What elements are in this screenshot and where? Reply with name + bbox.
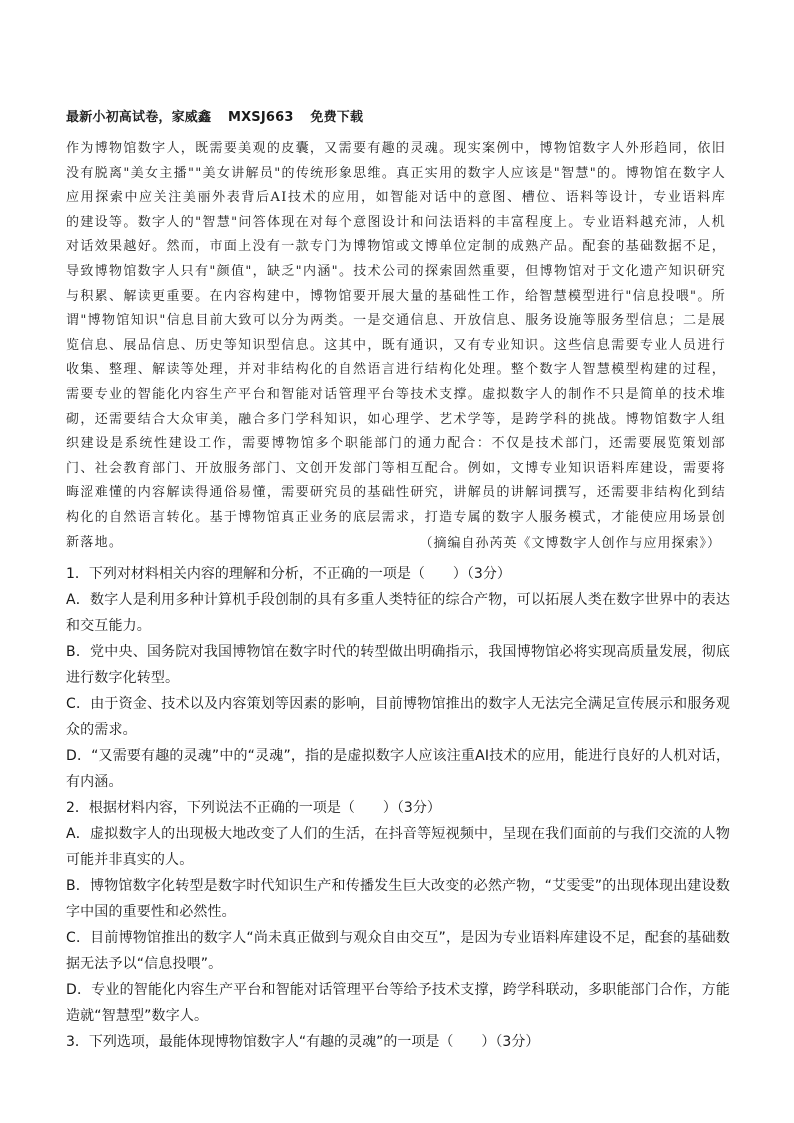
header-left-text: 最新小初高试卷，家威鑫 — [66, 110, 211, 125]
passage-citation: （摘编自孙芮英《文博数字人创作与应用探索》） — [66, 534, 721, 554]
reading-passage: 作为博物馆数字人，既需要美观的皮囊，又需要有趣的灵魂。现实案例中，博物馆数字人外… — [66, 137, 726, 555]
option-a: A．虚拟数字人的出现极大地改变了人们的生活，在抖音等短视频中，呈现在我们面前的与… — [66, 821, 730, 873]
option-d: D．专业的智能化内容生产平台和智能对话管理平台等给予技术支撑，跨学科联动，多职能… — [66, 977, 730, 1029]
question-stem: 3．下列选项，最能体现博物馆数字人“有趣的灵魂”的一项是（ ）（3分） — [66, 1029, 730, 1055]
question-stem: 2．根据材料内容，下列说法不正确的一项是（ ）（3分） — [66, 795, 730, 821]
header-right-text: 免费下载 — [310, 110, 363, 125]
option-d: D．“又需要有趣的灵魂”中的“灵魂”，指的是虚拟数字人应该注重AI技术的应用，能… — [66, 743, 730, 795]
page-header: 最新小初高试卷，家威鑫 MXSJ663 免费下载 — [66, 106, 363, 125]
option-c: C．目前博物馆推出的数字人“尚未真正做到与观众自由交互”，是因为专业语料库建设不… — [66, 925, 730, 977]
option-a: A．数字人是利用多种计算机手段创制的具有多重人类特征的综合产物，可以拓展人类在数… — [66, 587, 730, 639]
option-b: B．党中央、国务院对我国博物馆在数字时代的转型做出明确指示，我国博物馆必将实现高… — [66, 639, 730, 691]
option-b: B．博物馆数字化转型是数字时代知识生产和传播发生巨大改变的必然产物，“艾雯雯”的… — [66, 873, 730, 925]
question-2: 2．根据材料内容，下列说法不正确的一项是（ ）（3分） A．虚拟数字人的出现极大… — [66, 795, 730, 1029]
header-code: MXSJ663 — [228, 110, 294, 125]
option-c: C．由于资金、技术以及内容策划等因素的影响，目前博物馆推出的数字人无法完全满足宣… — [66, 691, 730, 743]
question-stem: 1．下列对材料相关内容的理解和分析，不正确的一项是（ ）（3分） — [66, 561, 730, 587]
question-1: 1．下列对材料相关内容的理解和分析，不正确的一项是（ ）（3分） A．数字人是利… — [66, 561, 730, 795]
question-list: 1．下列对材料相关内容的理解和分析，不正确的一项是（ ）（3分） A．数字人是利… — [66, 561, 730, 1055]
question-3: 3．下列选项，最能体现博物馆数字人“有趣的灵魂”的一项是（ ）（3分） — [66, 1029, 730, 1055]
